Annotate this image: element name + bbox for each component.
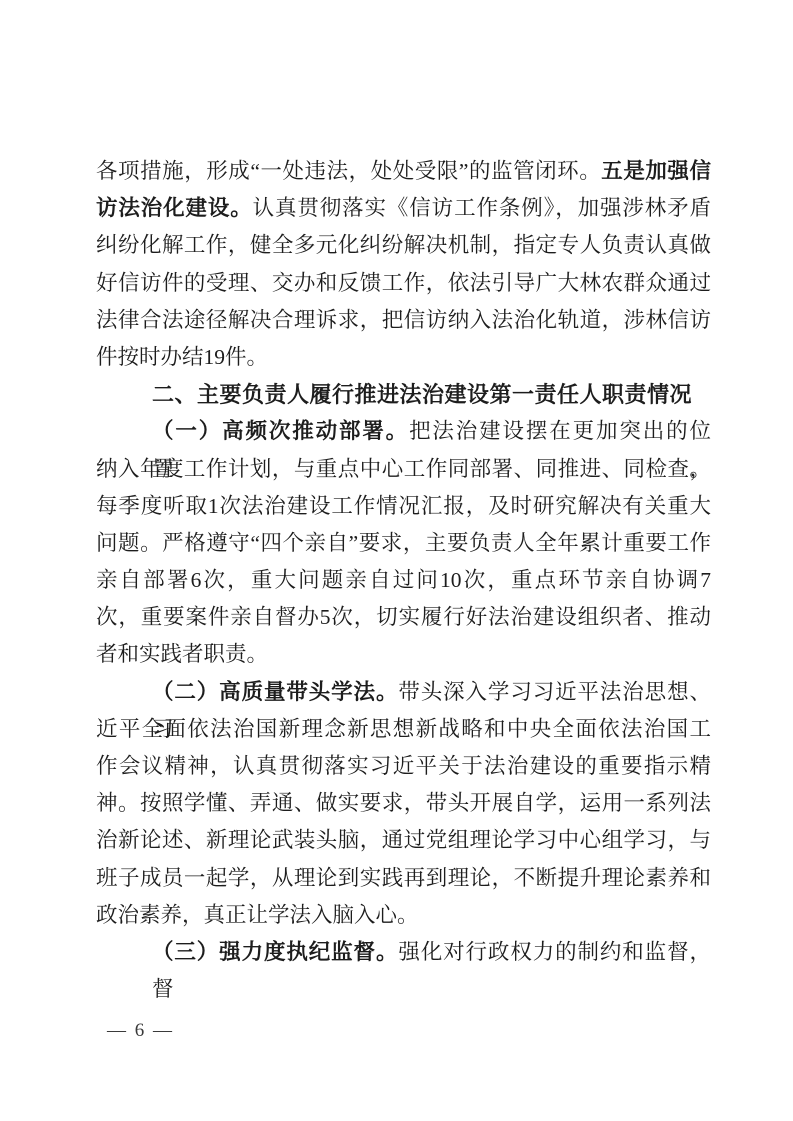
text-line: 政治素养，真正让学法入脑入心。	[96, 897, 711, 934]
text-line: 近平全面依法治国新理念新思想新战略和中央全面依法治国工	[96, 711, 711, 748]
text-run: 每季度听取1次法治建设工作情况汇报，及时研究解决有关重大	[96, 494, 711, 518]
text-line: 亲自部署6次，重大问题亲自过问10次，重点环节亲自协调7	[96, 562, 711, 599]
emphasis-run: 访法治化建设。	[96, 196, 253, 220]
text-run: 作会议精神，认真贯彻落实习近平关于法治建设的重要指示精	[96, 754, 711, 778]
text-line: （二）高质量带头学法。带头深入学习习近平法治思想、习	[96, 674, 711, 711]
text-line: 每季度听取1次法治建设工作情况汇报，及时研究解决有关重大	[96, 488, 711, 525]
document-page: 各项措施，形成“一处违法，处处受限”的监管闭环。五是加强信访法治化建设。认真贯彻…	[0, 0, 793, 1121]
text-line: 治新论述、新理论武装头脑，通过党组理论学习中心组学习，与	[96, 822, 711, 859]
section-heading: 二、主要负责人履行推进法治建设第一责任人职责情况	[96, 376, 711, 413]
text-run: 治新论述、新理论武装头脑，通过党组理论学习中心组学习，与	[96, 828, 711, 852]
text-run: 神。按照学懂、弄通、做实要求，带头开展自学，运用一系列法	[96, 791, 711, 815]
text-run: 问题。严格遵守“四个亲自”要求，主要负责人全年累计重要工作	[96, 531, 711, 555]
text-line: 法律合法途径解决合理诉求，把信访纳入法治化轨道，涉林信访	[96, 302, 711, 339]
text-run: 政治素养，真正让学法入脑入心。	[96, 903, 419, 927]
text-line: （三）强力度执纪监督。强化对行政权力的制约和监督，督	[96, 934, 711, 971]
text-line: 件按时办结19件。	[96, 339, 711, 376]
text-line: 纠纷化解工作，健全多元化纠纷解决机制，指定专人负责认真做	[96, 227, 711, 264]
emphasis-run: 五是加强信	[601, 159, 711, 183]
text-line: 访法治化建设。认真贯彻落实《信访工作条例》，加强涉林矛盾	[96, 190, 711, 227]
text-run: 纠纷化解工作，健全多元化纠纷解决机制，指定专人负责认真做	[96, 233, 711, 257]
emphasis-run: （三）强力度执纪监督。	[152, 940, 398, 964]
text-run: 班子成员一起学，从理论到实践再到理论，不断提升理论素养和	[96, 866, 711, 890]
text-run: 次，重要案件亲自督办5次，切实履行好法治建设组织者、推动	[96, 605, 711, 629]
text-line: 各项措施，形成“一处违法，处处受限”的监管闭环。五是加强信	[96, 153, 711, 190]
text-line: 神。按照学懂、弄通、做实要求，带头开展自学，运用一系列法	[96, 785, 711, 822]
text-line: 问题。严格遵守“四个亲自”要求，主要负责人全年累计重要工作	[96, 525, 711, 562]
page-number: — 6 —	[107, 1019, 174, 1043]
text-run: 各项措施，形成“一处违法，处处受限”的监管闭环。	[96, 159, 601, 183]
text-run: 法律合法途径解决合理诉求，把信访纳入法治化轨道，涉林信访	[96, 308, 711, 332]
emphasis-run: （一）高频次推动部署。	[152, 419, 409, 443]
text-run: 者和实践者职责。	[96, 642, 268, 666]
text-line: 好信访件的受理、交办和反馈工作，依法引导广大林农群众通过	[96, 265, 711, 302]
text-run: 纳入年度工作计划，与重点中心工作同部署、同推进、同检查。	[96, 457, 711, 481]
text-run: 好信访件的受理、交办和反馈工作，依法引导广大林农群众通过	[96, 271, 711, 295]
text-run: 近平全面依法治国新理念新思想新战略和中央全面依法治国工	[96, 717, 711, 741]
emphasis-run: 二、主要负责人履行推进法治建设第一责任人职责情况	[152, 382, 692, 407]
text-line: 次，重要案件亲自督办5次，切实履行好法治建设组织者、推动	[96, 599, 711, 636]
text-line: 纳入年度工作计划，与重点中心工作同部署、同推进、同检查。	[96, 451, 711, 488]
text-run: 认真贯彻落实《信访工作条例》，加强涉林矛盾	[253, 196, 711, 220]
text-line: 者和实践者职责。	[96, 636, 711, 673]
text-line: 作会议精神，认真贯彻落实习近平关于法治建设的重要指示精	[96, 748, 711, 785]
text-run: 亲自部署6次，重大问题亲自过问10次，重点环节亲自协调7	[96, 568, 711, 592]
text-run: 件按时办结19件。	[96, 345, 268, 369]
text-line: 班子成员一起学，从理论到实践再到理论，不断提升理论素养和	[96, 860, 711, 897]
document-body: 各项措施，形成“一处违法，处处受限”的监管闭环。五是加强信访法治化建设。认真贯彻…	[96, 153, 711, 971]
text-line: （一）高频次推动部署。把法治建设摆在更加突出的位置，	[96, 413, 711, 450]
emphasis-run: （二）高质量带头学法。	[152, 680, 398, 704]
